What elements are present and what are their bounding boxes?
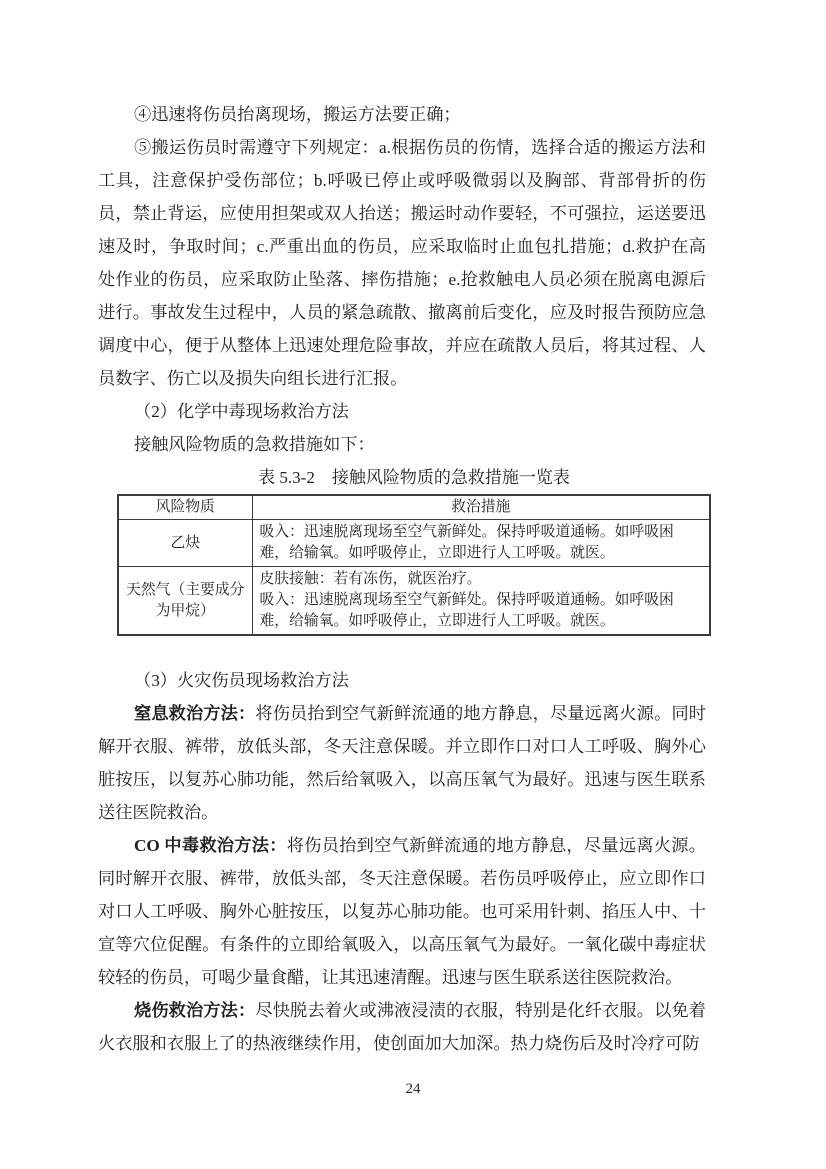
section2-heading: （2）化学中毒现场救治方法 [98, 395, 706, 428]
section-3: （3）火灾伤员现场救治方法 窒息救治方法：将伤员抬到空气新鲜流通的地方静息，尽量… [98, 664, 706, 1060]
method-lead-co-poisoning: CO 中毒救治方法： [134, 836, 287, 855]
page-content: ④迅速将伤员抬离现场，搬运方法要正确； ⑤搬运伤员时需遵守下列规定：a.根据伤员… [98, 98, 706, 1060]
method-lead-burn: 烧伤救治方法： [134, 1001, 255, 1020]
table-title: 表 5.3-2 接触风险物质的急救措施一览表 [117, 461, 711, 494]
header-substance: 风险物质 [118, 495, 252, 520]
section2-intro: 接触风险物质的急救措施如下： [98, 428, 706, 461]
measures-cell: 皮肤接触：若有冻伤，就医治疗。 吸入：迅速脱离现场至空气新鲜处。保持呼吸道通畅。… [252, 567, 710, 636]
method-lead-asphyxia: 窒息救治方法： [134, 704, 255, 723]
rescue-measures-table: 风险物质 救治措施 乙炔 吸入：迅速脱离现场至空气新鲜处。保持呼吸道通畅。如呼吸… [117, 494, 711, 636]
measure-line: 吸入：迅速脱离现场至空气新鲜处。保持呼吸道通畅。如呼吸困难，给输氧。如呼吸停止，… [260, 590, 704, 632]
measure-line: 皮肤接触：若有冻伤，就医治疗。 [260, 569, 704, 590]
table-header-row: 风险物质 救治措施 [118, 495, 710, 520]
measures-cell: 吸入：迅速脱离现场至空气新鲜处。保持呼吸道通畅。如呼吸困难，给输氧。如呼吸停止，… [252, 520, 710, 567]
document-page: ④迅速将伤员抬离现场，搬运方法要正确； ⑤搬运伤员时需遵守下列规定：a.根据伤员… [0, 0, 826, 1169]
paragraph-item-4: ④迅速将伤员抬离现场，搬运方法要正确； [98, 98, 706, 131]
method-paragraph-co-poisoning: CO 中毒救治方法：将伤员抬到空气新鲜流通的地方静息，尽量远离火源。同时解开衣服… [98, 829, 706, 994]
measure-line: 吸入：迅速脱离现场至空气新鲜处。保持呼吸道通畅。如呼吸困难，给输氧。如呼吸停止，… [260, 522, 704, 564]
method-paragraph-asphyxia: 窒息救治方法：将伤员抬到空气新鲜流通的地方静息，尽量远离火源。同时解开衣服、裤带… [98, 697, 706, 829]
substance-cell: 乙炔 [118, 520, 252, 567]
paragraph-item-5: ⑤搬运伤员时需遵守下列规定：a.根据伤员的伤情，选择合适的搬运方法和工具，注意保… [98, 131, 706, 395]
method-paragraph-burn: 烧伤救治方法：尽快脱去着火或沸液浸渍的衣服，特别是化纤衣服。以免着火衣服和衣服上… [98, 994, 706, 1060]
section3-heading: （3）火灾伤员现场救治方法 [98, 664, 706, 697]
page-number: 24 [0, 1081, 826, 1098]
method-body-co-poisoning: 将伤员抬到空气新鲜流通的地方静息，尽量远离火源。同时解开衣服、裤带，放低头部，冬… [98, 836, 706, 987]
substance-cell: 天然气（主要成分为甲烷） [118, 567, 252, 636]
table-row-natural-gas: 天然气（主要成分为甲烷） 皮肤接触：若有冻伤，就医治疗。 吸入：迅速脱离现场至空… [118, 567, 710, 636]
header-measures: 救治措施 [252, 495, 710, 520]
table-row-acetylene: 乙炔 吸入：迅速脱离现场至空气新鲜处。保持呼吸道通畅。如呼吸困难，给输氧。如呼吸… [118, 520, 710, 567]
